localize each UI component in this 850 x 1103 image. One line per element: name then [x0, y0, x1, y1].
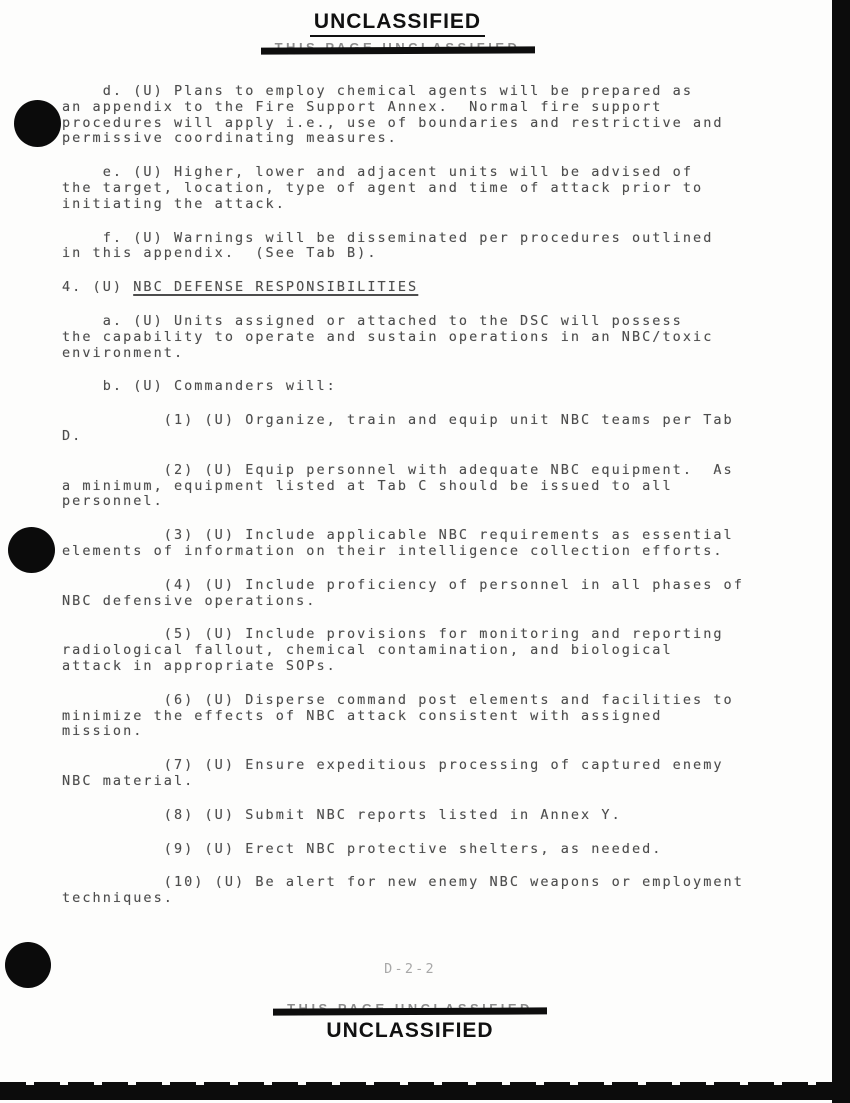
list-item-9: (9) (U) Erect NBC protective shelters, a… — [62, 842, 782, 858]
section-4-number: 4. (U) — [62, 279, 133, 295]
list-item-4: (4) (U) Include proficiency of personnel… — [62, 578, 782, 610]
document-body: d. (U) Plans to employ chemical agents w… — [62, 84, 782, 925]
hole-punch — [14, 100, 61, 147]
redaction-strike-bar — [273, 1007, 547, 1015]
section-4-title: NBC DEFENSE RESPONSIBILITIES — [133, 279, 418, 295]
list-item-5: (5) (U) Include provisions for monitorin… — [62, 627, 782, 674]
scan-edge-bar-bottom — [0, 1085, 850, 1100]
top-classification-banner: UNCLASSIFIED THIS PAGE UNCLASSIFIED — [0, 10, 795, 56]
scan-edge-bar-right — [832, 0, 850, 1103]
list-item-3: (3) (U) Include applicable NBC requireme… — [62, 528, 782, 560]
list-item-10: (10) (U) Be alert for new enemy NBC weap… — [62, 875, 782, 907]
page-number: D-2-2 — [0, 961, 820, 977]
paragraph-b: b. (U) Commanders will: — [62, 379, 782, 395]
list-item-1: (1) (U) Organize, train and equip unit N… — [62, 413, 782, 445]
list-item-2: (2) (U) Equip personnel with adequate NB… — [62, 463, 782, 510]
paragraph-a: a. (U) Units assigned or attached to the… — [62, 314, 782, 361]
list-item-7: (7) (U) Ensure expeditious processing of… — [62, 758, 782, 790]
list-item-6: (6) (U) Disperse command post elements a… — [62, 693, 782, 740]
struck-classification-line: THIS PAGE UNCLASSIFIED — [287, 1001, 533, 1016]
struck-classification-line: THIS PAGE UNCLASSIFIED — [275, 40, 521, 55]
classification-label: UNCLASSIFIED — [310, 10, 485, 37]
hole-punch — [8, 527, 55, 573]
redaction-strike-bar — [261, 46, 535, 54]
paragraph-e: e. (U) Higher, lower and adjacent units … — [62, 165, 782, 212]
list-item-8: (8) (U) Submit NBC reports listed in Ann… — [62, 808, 782, 824]
classification-label: UNCLASSIFIED — [0, 1019, 820, 1043]
scanned-document-page: UNCLASSIFIED THIS PAGE UNCLASSIFIED d. (… — [0, 0, 850, 1103]
section-4-heading: 4. (U) NBC DEFENSE RESPONSIBILITIES — [62, 280, 782, 296]
bottom-classification-banner: THIS PAGE UNCLASSIFIED UNCLASSIFIED — [0, 998, 820, 1043]
paragraph-f: f. (U) Warnings will be disseminated per… — [62, 231, 782, 263]
paragraph-d: d. (U) Plans to employ chemical agents w… — [62, 84, 782, 147]
